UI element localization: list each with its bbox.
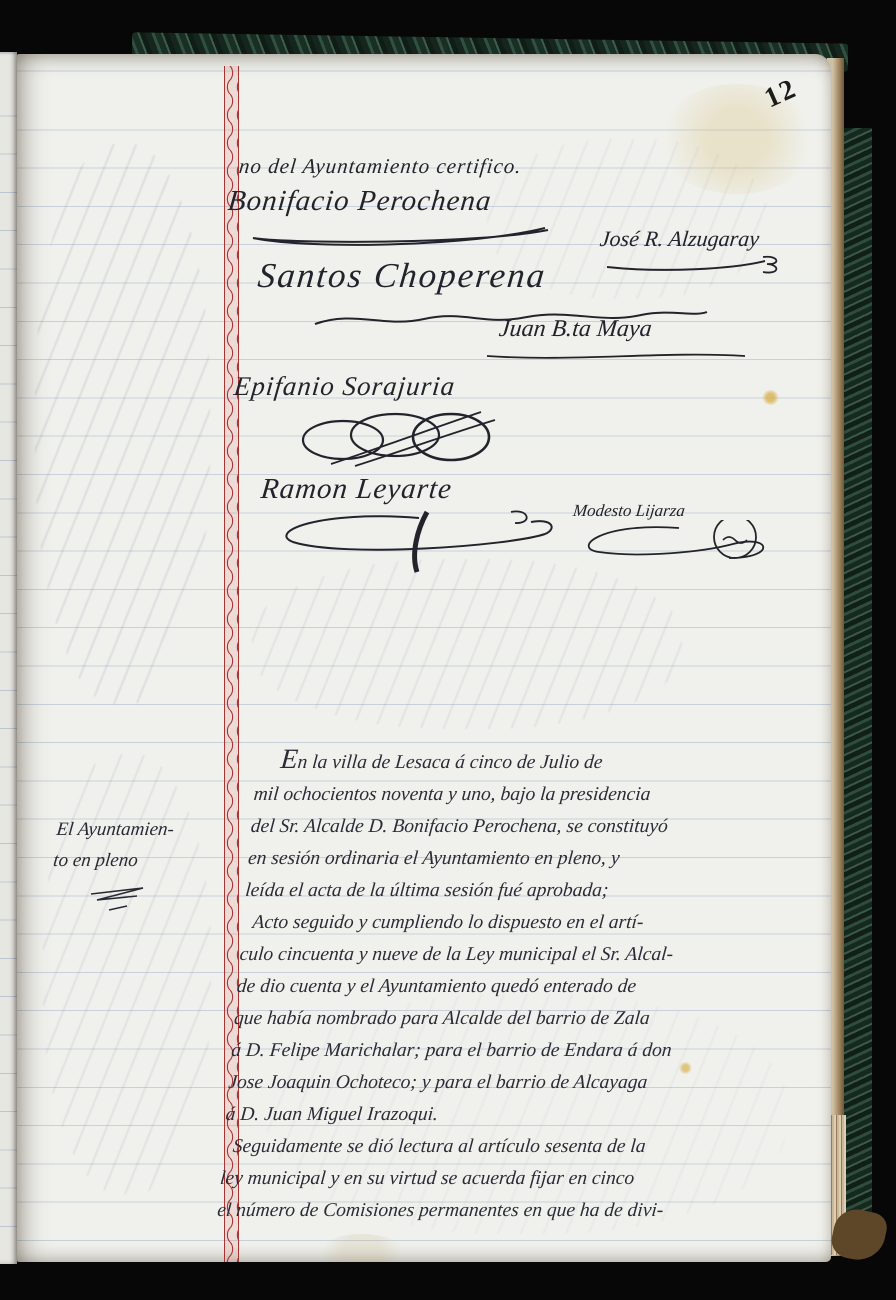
margin-note-ayuntamiento-en-pleno: El Ayuntamien- to en pleno — [52, 814, 229, 876]
minute-body-text: En la villa de Lesaca á cinco de Julio d… — [216, 744, 831, 1227]
margin-note-line: to en pleno — [52, 845, 225, 876]
body-line: á D. Felipe Marichalar; para el barrio d… — [230, 1035, 831, 1067]
body-line: Jose Joaquin Ochoteco; y para el barrio … — [227, 1067, 831, 1099]
margin-note-line: El Ayuntamien- — [55, 814, 228, 845]
ink-bleedthrough — [252, 559, 682, 729]
signature-juan-bta-maya: Juan B.ta Maya — [498, 316, 653, 343]
body-line: que había nombrado para Alcalde del barr… — [233, 1003, 831, 1035]
body-line: culo cincuenta y nueve de la Ley municip… — [238, 939, 831, 971]
signature-rubric — [295, 406, 505, 470]
body-line: En la villa de Lesaca á cinco de Julio d… — [255, 744, 831, 779]
margin-note-flourish — [87, 884, 151, 914]
paper-stain — [317, 1234, 407, 1262]
book-photo: 12 no del Ayuntamiento certifico. Bonifa… — [0, 0, 896, 1300]
signature-rubric — [567, 520, 785, 566]
signature-bonifacio-perochena: Bonifacio Perochena — [226, 185, 493, 218]
body-line: leída el acta de la última sesión fué ap… — [244, 875, 831, 907]
body-line: ley municipal y en su virtud se acuerda … — [219, 1163, 827, 1195]
manuscript-page: 12 no del Ayuntamiento certifico. Bonifa… — [17, 54, 831, 1262]
signature-epifanio-sorajuria: Epifanio Sorajuria — [232, 371, 457, 402]
body-line: Seguidamente se dió lectura al artículo … — [221, 1131, 829, 1163]
signature-flourish — [483, 348, 751, 362]
ink-bleedthrough — [35, 144, 210, 704]
body-line: el número de Comisiones permanentes en q… — [216, 1195, 824, 1227]
closing-certification-line: no del Ayuntamiento certifico. — [238, 154, 523, 179]
signature-jose-r-alzugaray: José R. Alzugaray — [599, 226, 761, 252]
signature-rubric — [259, 510, 564, 574]
marbled-cover-right-edge — [843, 128, 872, 1254]
previous-page-sliver — [0, 52, 17, 1264]
body-line: Acto seguido y cumpliendo lo dispuesto e… — [241, 907, 831, 939]
signature-modesto-lijarza: Modesto Lijarza — [572, 501, 686, 521]
body-line: de dio cuenta y el Ayuntamiento quedó en… — [235, 971, 831, 1003]
signature-santos-choperena: Santos Choperena — [256, 256, 549, 296]
paper-stain — [762, 390, 779, 405]
signature-flourish — [243, 224, 555, 248]
body-line: á D. Juan Miguel Irazoqui. — [224, 1099, 831, 1131]
body-line: mil ochocientos noventa y uno, bajo la p… — [252, 779, 831, 811]
body-line: del Sr. Alcalde D. Bonifacio Perochena, … — [249, 811, 831, 843]
signature-ramon-leyarte: Ramon Leyarte — [259, 473, 453, 506]
signature-flourish — [603, 255, 785, 277]
body-line: en sesión ordinaria el Ayuntamiento en p… — [247, 843, 831, 875]
